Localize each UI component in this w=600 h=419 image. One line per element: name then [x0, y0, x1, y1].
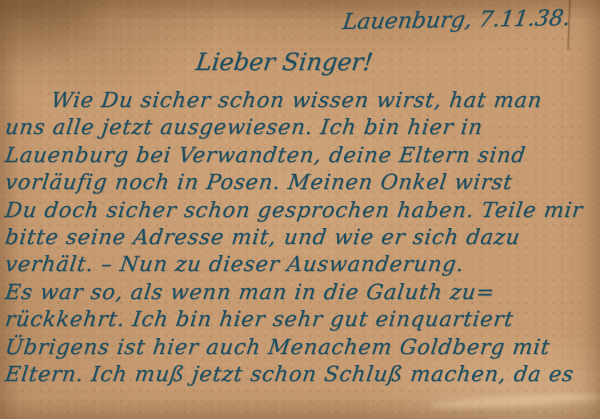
dateline: Lauenburg, 7.11.38. — [341, 6, 572, 35]
handwritten-line: Eltern. Ich muß jetzt schon Schluß mache… — [3, 362, 600, 389]
handwritten-line: Du doch sicher schon gesprochen haben. T… — [3, 198, 600, 225]
handwritten-line: Übrigens ist hier auch Menachem Goldberg… — [3, 335, 600, 362]
salutation: Lieber Singer! — [194, 48, 374, 76]
handwritten-line: vorläufig noch in Posen. Meinen Onkel wi… — [3, 170, 600, 197]
handwritten-line: Wie Du sicher schon wissen wirst, hat ma… — [3, 88, 600, 115]
handwritten-line: rückkehrt. Ich bin hier sehr gut einquar… — [3, 307, 600, 334]
postcard-scan: Lauenburg, 7.11.38. Lieber Singer! Wie D… — [0, 0, 600, 419]
handwritten-line: Es war so, als wenn man in die Galuth zu… — [3, 280, 600, 307]
handwritten-line: bitte seine Adresse mit, und wie er sich… — [3, 225, 600, 252]
paper-crease — [430, 392, 600, 411]
letter-body: Wie Du sicher schon wissen wirst, hat ma… — [5, 88, 600, 389]
paper-smudge-top-left — [0, 0, 110, 68]
handwritten-line: verhält. – Nun zu dieser Auswanderung. — [3, 252, 600, 279]
handwritten-line: Lauenburg bei Verwandten, deine Eltern s… — [3, 143, 600, 170]
handwritten-line: uns alle jetzt ausgewiesen. Ich bin hier… — [3, 115, 600, 142]
